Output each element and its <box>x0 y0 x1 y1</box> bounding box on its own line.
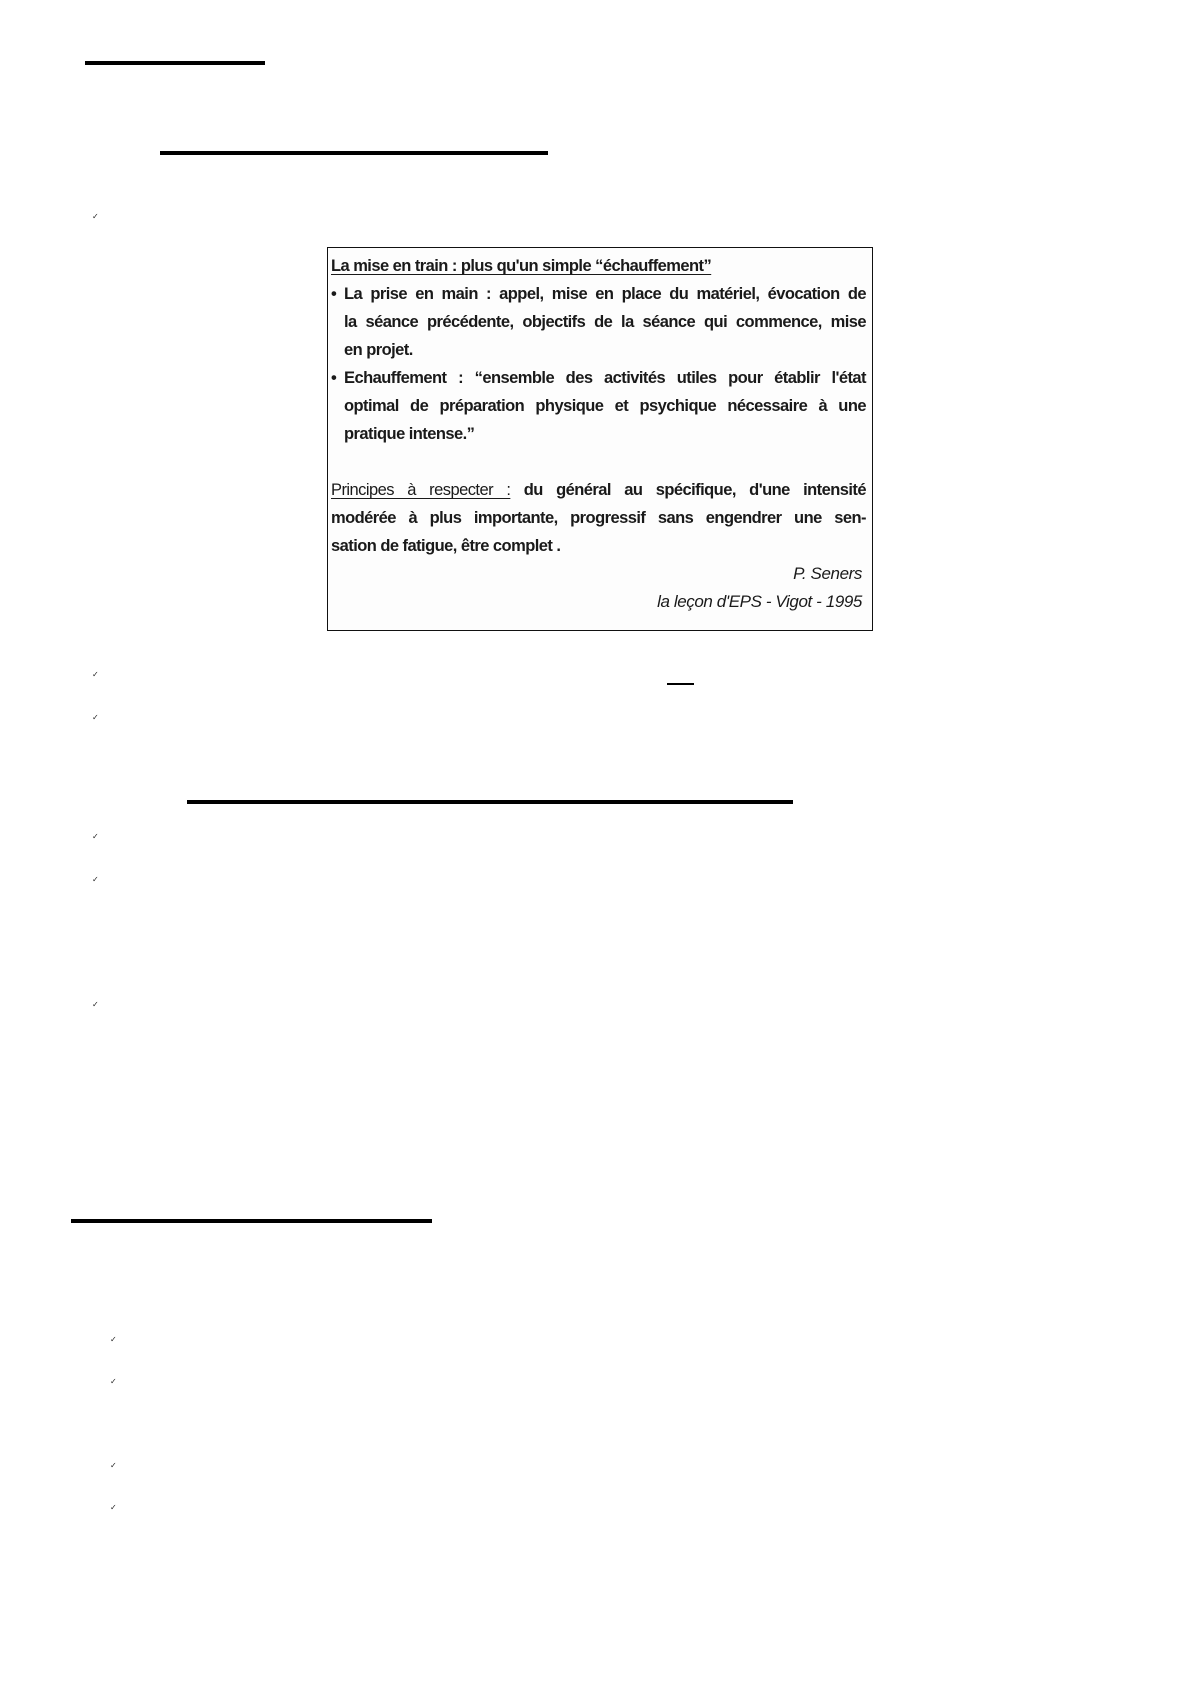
checkmark-icon: ✓ <box>110 1336 117 1344</box>
principles-label: Principes à respecter : <box>331 481 510 499</box>
checkmark-icon: ✓ <box>92 833 99 841</box>
quote-line: modérée à plus importante, progressif sa… <box>331 504 866 532</box>
bullet-icon: • <box>331 364 344 392</box>
quote-bullet-prise-en-main: •La prise en main : appel, mise en place… <box>331 280 866 364</box>
quote-line: sation de fatigue, être complet . <box>331 532 866 560</box>
heading-rule-1 <box>85 61 265 65</box>
quote-principles: Principes à respecter : du général au sp… <box>331 476 866 560</box>
quote-line: Echauffement : “ensemble des activités u… <box>344 369 866 387</box>
quote-line: la séance précédente, objectifs de la sé… <box>331 308 866 336</box>
checkmark-icon: ✓ <box>92 876 99 884</box>
checkmark-icon: ✓ <box>92 714 99 722</box>
bullet-icon: • <box>331 280 344 308</box>
quote-line: pratique intense.” <box>331 420 866 448</box>
checkmark-icon: ✓ <box>110 1504 117 1512</box>
checkmark-icon: ✓ <box>110 1378 117 1386</box>
quote-bullet-echauffement: •Echauffement : “ensemble des activités … <box>331 364 866 448</box>
checkmark-icon: ✓ <box>92 671 99 679</box>
checkmark-icon: ✓ <box>92 1001 99 1009</box>
quote-line: optimal de préparation physique et psych… <box>331 392 866 420</box>
quote-line: en projet. <box>331 336 866 364</box>
quote-line: du général au spécifique, d'une intensit… <box>510 481 866 499</box>
quote-title: La mise en train : plus qu'un simple “éc… <box>331 252 866 280</box>
checkmark-icon: ✓ <box>110 1462 117 1470</box>
inline-underline-short <box>667 683 694 685</box>
heading-rule-3 <box>187 800 793 804</box>
quote-author: P. Seners <box>331 560 866 588</box>
quote-line: La prise en main : appel, mise en place … <box>344 285 866 303</box>
quote-box: La mise en train : plus qu'un simple “éc… <box>327 247 873 631</box>
heading-rule-2 <box>160 151 548 155</box>
checkmark-icon: ✓ <box>92 213 99 221</box>
heading-rule-4 <box>71 1219 432 1223</box>
quote-source: la leçon d'EPS - Vigot - 1995 <box>331 588 866 616</box>
